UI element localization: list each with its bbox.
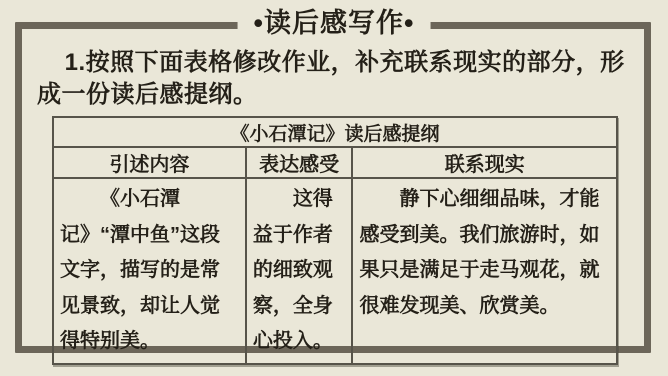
table-header-row: 引述内容 表达感受 联系现实 [53,147,617,178]
cell-quote-content: 《小石潭记》“潭中鱼”这段文字，描写的是常见景致，却让人觉得特别美。 [53,178,246,364]
column-header-reality: 联系现实 [352,147,617,178]
table-title: 《小石潭记》读后感提纲 [53,117,617,147]
instruction-text: 1.按照下面表格修改作业，补充联系现实的部分，形成一份读后感提纲。 [37,47,633,111]
table-title-row: 《小石潭记》读后感提纲 [53,117,617,147]
table-row: 《小石潭记》“潭中鱼”这段文字，描写的是常见景致，却让人觉得特别美。 这得益于作… [53,178,617,364]
slide: •读后感写作• 1.按照下面表格修改作业，补充联系现实的部分，形成一份读后感提纲… [0,0,668,376]
reading-outline-table: 《小石潭记》读后感提纲 引述内容 表达感受 联系现实 《小石潭记》“潭中鱼”这段… [52,116,618,365]
slide-title: •读后感写作• [238,1,431,40]
cell-reality-content: 静下心细细品味，才能感受到美。我们旅游时，如果只是满足于走马观花，就很难发现美、… [352,178,617,364]
column-header-quote: 引述内容 [53,147,246,178]
cell-feeling-content: 这得益于作者的细致观察，全身心投入。 [246,178,353,364]
column-header-feeling: 表达感受 [246,147,353,178]
